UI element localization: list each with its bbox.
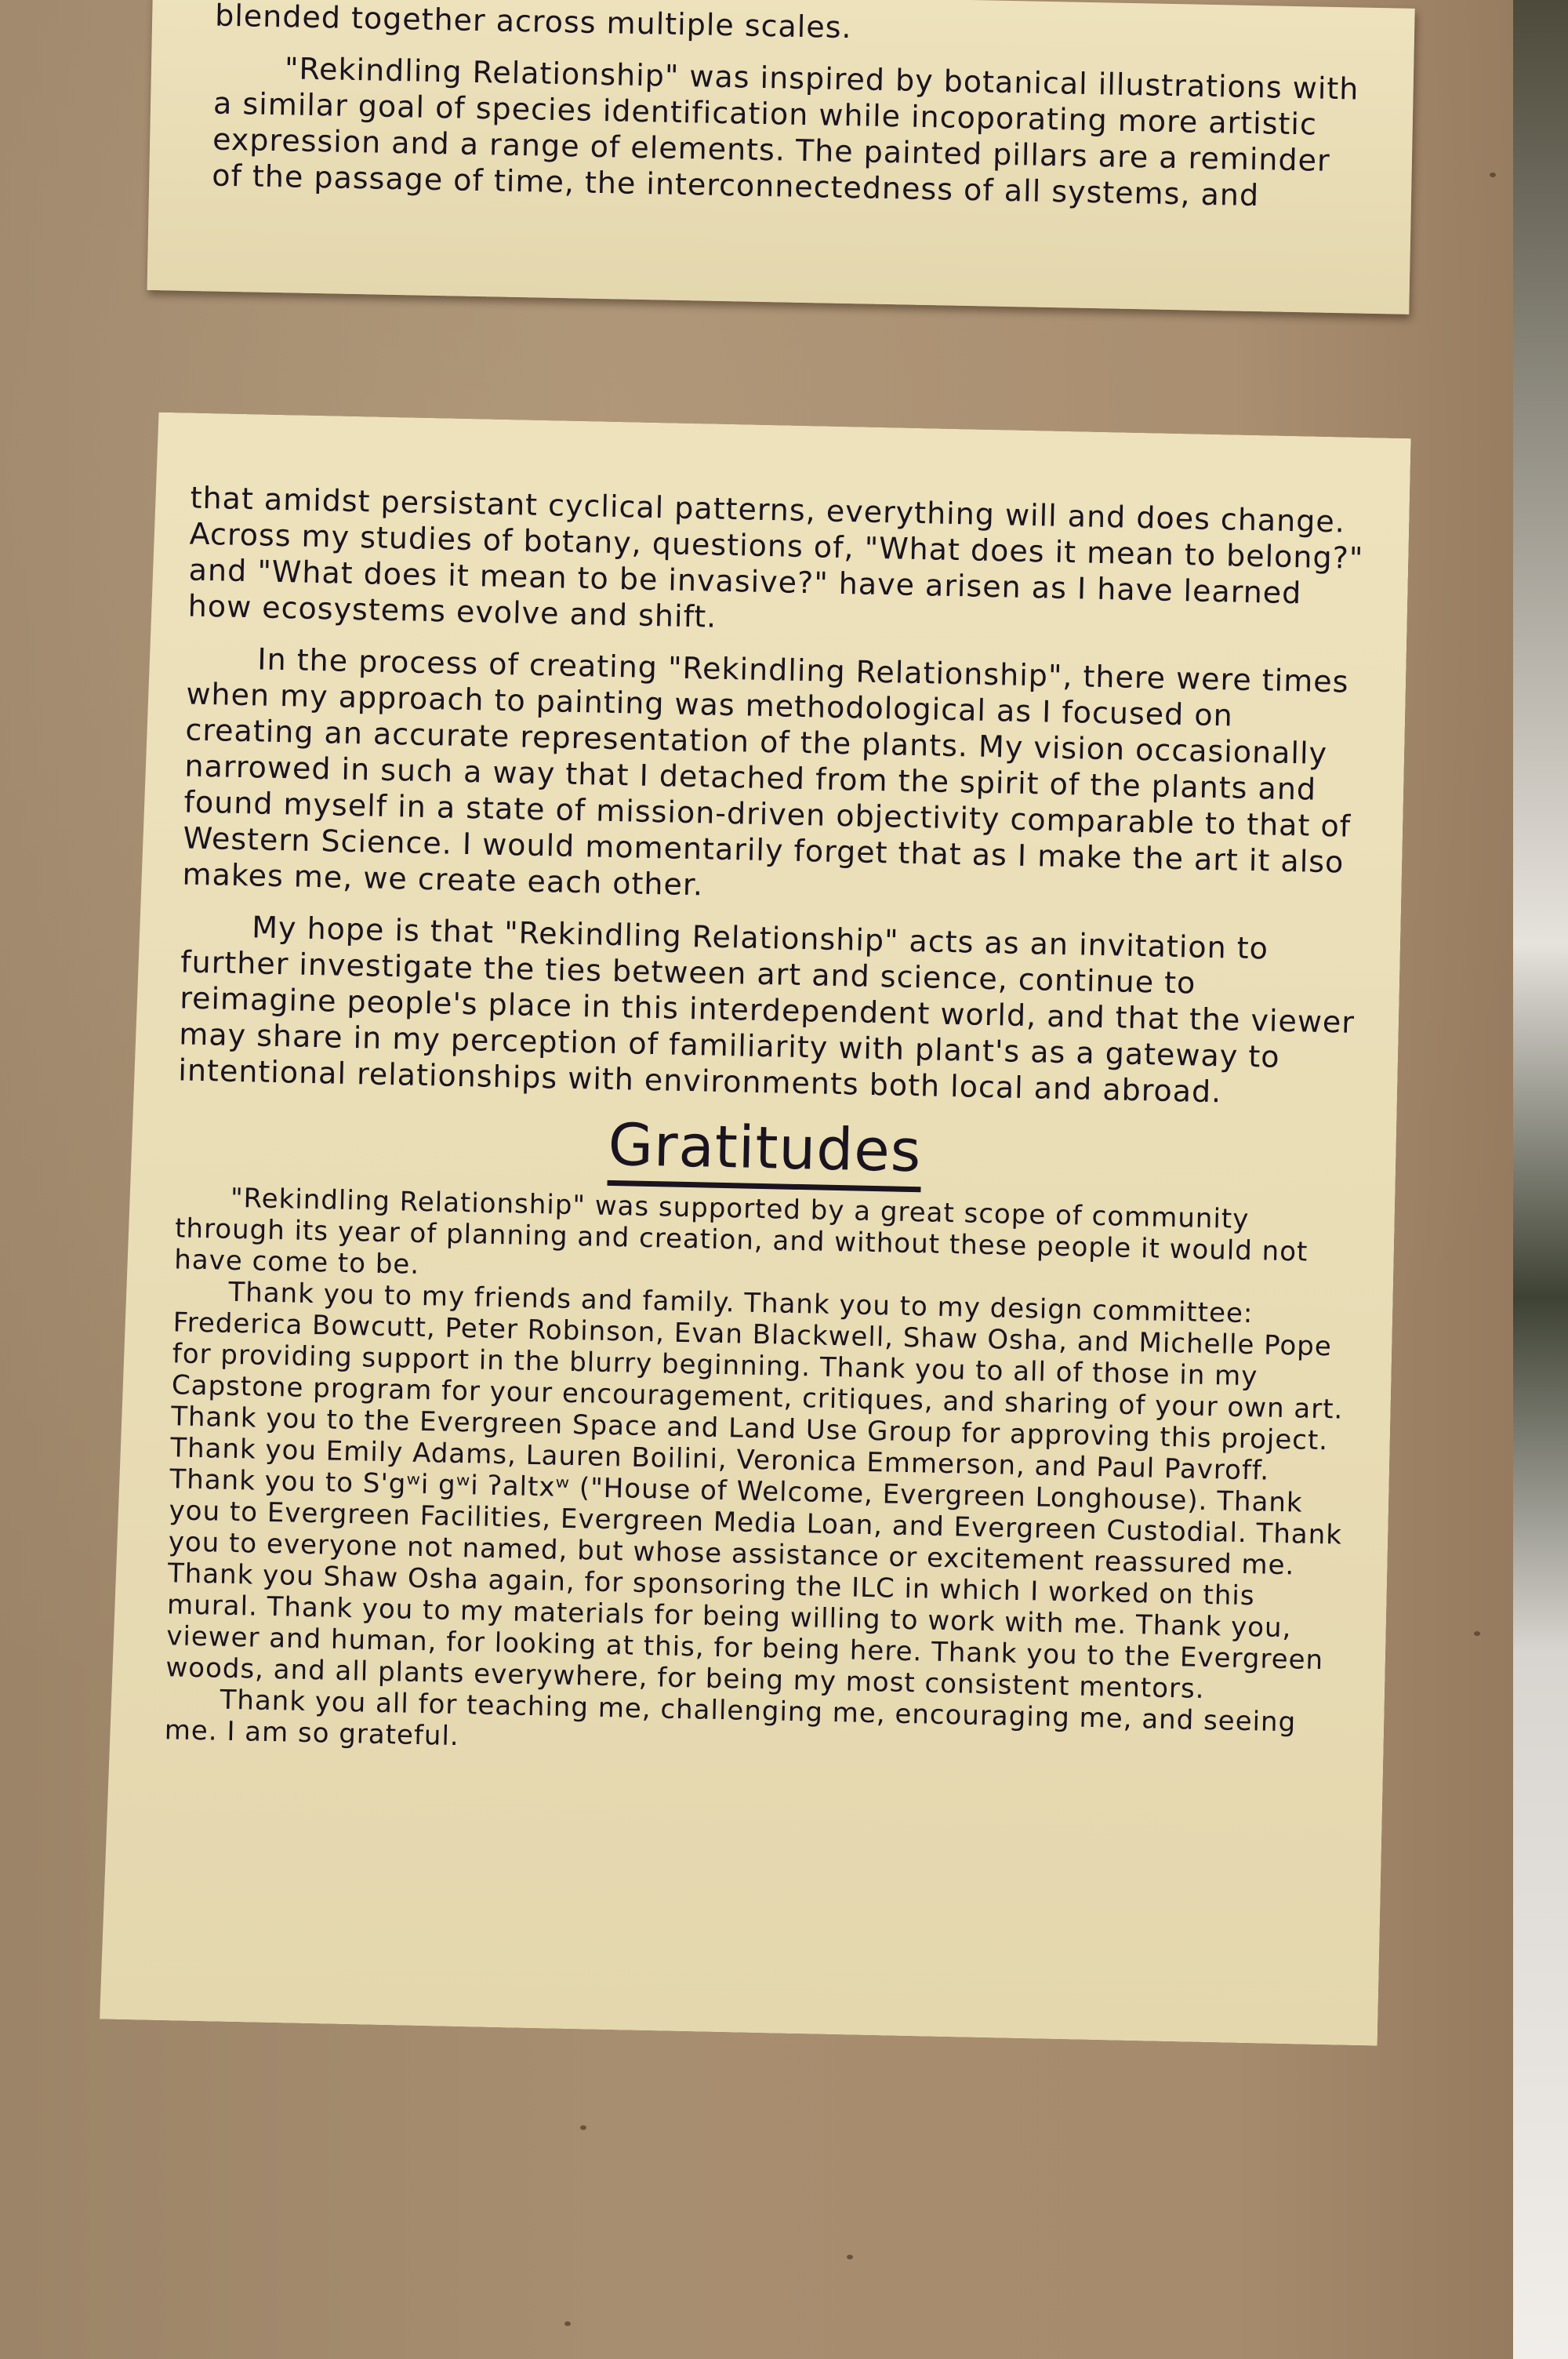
gratitudes-heading: Gratitudes	[607, 1113, 922, 1192]
gratitudes-section: "Rekindling Relationship" was supported …	[164, 1181, 1352, 1770]
wall-pit	[564, 2321, 571, 2326]
statement-paragraph: My hope is that "Rekindling Relationship…	[178, 907, 1357, 1112]
statement-body: that amidst persistant cyclical patterns…	[164, 480, 1366, 1771]
wall-pit	[580, 2125, 586, 2130]
statement-paragraph: that amidst persistant cyclical patterns…	[187, 480, 1367, 649]
statement-paragraph: "Rekindling Relationship" was inspired b…	[212, 49, 1367, 216]
wall-pit	[847, 2255, 853, 2259]
wall-pit	[1490, 173, 1496, 177]
wall-pit	[1474, 1631, 1480, 1636]
gratitudes-paragraph: Thank you to my friends and family. Than…	[165, 1275, 1350, 1707]
artist-statement-panel-main: that amidst persistant cyclical patterns…	[100, 412, 1411, 2046]
artist-statement-panel-top: blended together across multiple scales.…	[147, 0, 1415, 314]
statement-line: blended together across multiple scales.	[215, 0, 1368, 56]
statement-text: blended together across multiple scales.…	[212, 0, 1368, 231]
statement-paragraph: In the process of creating "Rekindling R…	[182, 640, 1363, 917]
background-window-light	[1513, 0, 1568, 2359]
